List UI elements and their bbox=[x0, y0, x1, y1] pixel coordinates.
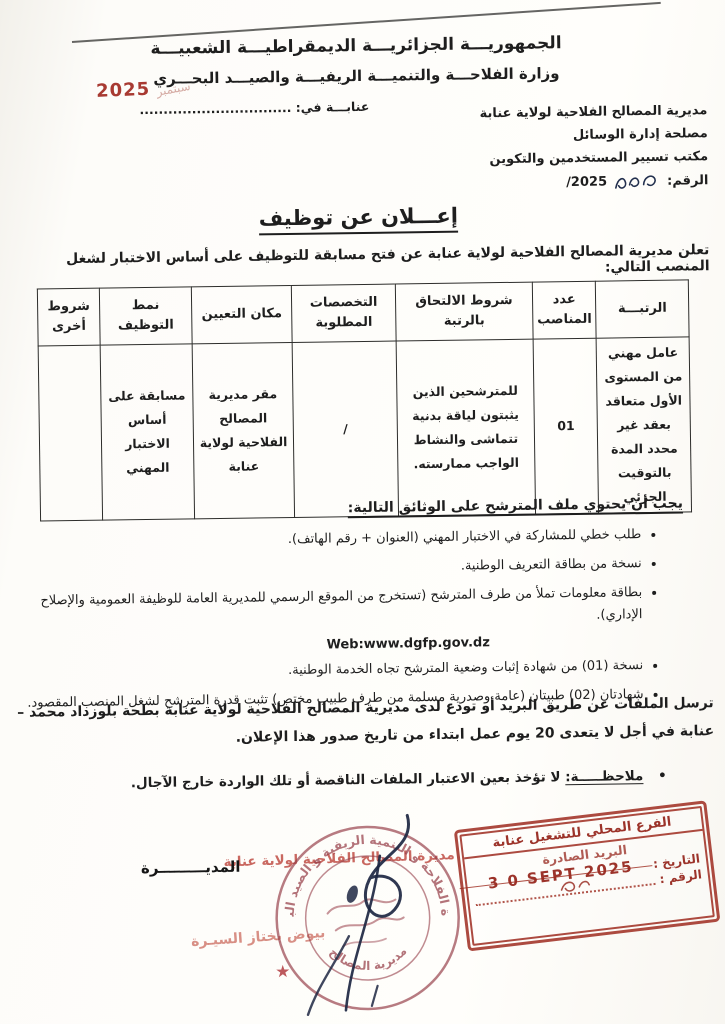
cell-rank: عامل مهني من المستوى الأول متعاقد بعقد غ… bbox=[597, 337, 692, 513]
red-date-stamp: 2025 سبتمبر bbox=[96, 77, 191, 102]
cell-positions: 01 bbox=[533, 338, 599, 514]
document-item: طلب خطي للمشاركة في الاختبار المهني (الع… bbox=[12, 524, 641, 555]
handwritten-signature bbox=[229, 787, 472, 1024]
document-item: بطاقة معلومات تملأ من طرف المترشح (تستخر… bbox=[13, 582, 643, 635]
announcement-title: إعـــلان عن توظيف bbox=[259, 204, 459, 236]
document-item: نسخة (01) من شهادة إثبات وضعية المترشح ت… bbox=[14, 655, 643, 686]
job-table-header-row: الرتبـــة عدد المناصب شروط الالتحاق بالر… bbox=[37, 280, 689, 346]
republic-header: الجمهوريـــة الجزائريـــة الديمقراطيـــة… bbox=[0, 31, 719, 61]
cell-other bbox=[38, 345, 103, 521]
header-mode: نمط التوظيف bbox=[99, 287, 191, 345]
header-location: مكان التعيين bbox=[191, 285, 292, 343]
sender-block: مديرية المصالح الفلاحية لولاية عنابة مصل… bbox=[479, 99, 708, 195]
reference-year: /2025 bbox=[566, 171, 607, 195]
document-sheet: الجمهوريـــة الجزائريـــة الديمقراطيـــة… bbox=[0, 0, 725, 1024]
header-specialties: التخصصات المطلوبة bbox=[292, 284, 396, 342]
title-wrap: إعـــلان عن توظيف bbox=[0, 200, 721, 239]
sender-directorate: مديرية المصالح الفلاحية لولاية عنابة bbox=[479, 99, 707, 125]
cell-conditions: للمترشحين الذين يثبتون لياقة بدنية تتماش… bbox=[396, 339, 535, 516]
handwritten-stamp-number bbox=[554, 874, 596, 897]
scanned-document-page: الجمهوريـــة الجزائريـــة الديمقراطيـــة… bbox=[0, 0, 725, 1024]
reference-number-line: الرقم: /2025 bbox=[480, 169, 708, 195]
job-table: الرتبـــة عدد المناصب شروط الالتحاق بالر… bbox=[37, 279, 692, 521]
outgoing-mail-stamp: الفرع المحلي للتشغيل عنابة البريد الصادر… bbox=[454, 800, 721, 951]
note-bullet: • bbox=[658, 768, 667, 784]
intro-paragraph: تعلن مديرية المصالح الفلاحية لولاية عناب… bbox=[8, 242, 709, 284]
cell-location: مقر مديرية المصالح الفلاحية لولاية عنابة bbox=[192, 342, 295, 518]
director-label: المديـــــــــرة bbox=[141, 858, 241, 877]
sender-office: مكتب تسيير المستخدمين والتكوين bbox=[480, 145, 708, 171]
cell-specialties: / bbox=[292, 341, 398, 517]
header-rank: الرتبـــة bbox=[596, 280, 689, 338]
header-positions: عدد المناصب bbox=[532, 281, 596, 339]
closing-paragraph: ترسل الملفات عن طريق البريد أو تودع لدى … bbox=[17, 689, 715, 755]
date-stamp-year: 2025 bbox=[96, 79, 151, 102]
handwritten-reference-number bbox=[610, 169, 663, 193]
sender-service: مصلحة إدارة الوسائل bbox=[480, 122, 708, 148]
place-date-line: عنابـــة في: ...........................… bbox=[194, 99, 369, 116]
job-table-data-row: عامل مهني من المستوى الأول متعاقد بعقد غ… bbox=[38, 337, 691, 521]
note-label: ملاحظـــــة: bbox=[565, 768, 643, 785]
dgfp-website-line: Web:www.dgfp.gov.dz bbox=[14, 635, 490, 657]
header-other: شروط أخرى bbox=[37, 288, 100, 346]
document-item: نسخة من بطاقة التعريف الوطنية. bbox=[13, 553, 642, 584]
cell-mode: مسابقة على أساس الاختبار المهني bbox=[100, 344, 194, 520]
date-stamp-month: سبتمبر bbox=[155, 78, 191, 98]
header-conditions: شروط الالتحاق بالرتبة bbox=[395, 282, 533, 341]
reference-number-label: الرقم: bbox=[667, 169, 709, 193]
